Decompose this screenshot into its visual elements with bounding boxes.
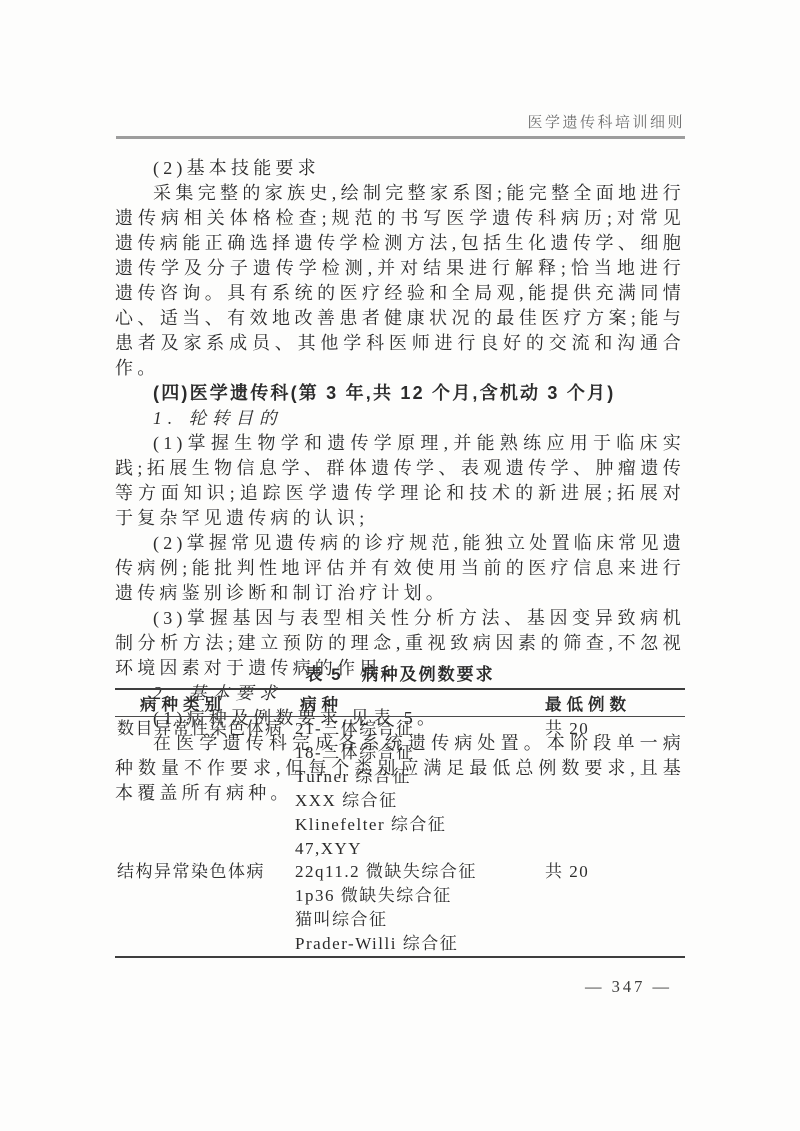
table-row: 18-三体综合征	[115, 741, 685, 765]
category-cell	[115, 908, 295, 932]
disease-cell: 猫叫综合征	[295, 908, 530, 932]
category-cell	[115, 741, 295, 765]
table-row: 1p36 微缺失综合征	[115, 884, 685, 908]
rotation-paragraph-1: (1)掌握生物学和遗传学原理,并能熟练应用于临床实践;拓展生物信息学、群体遗传学…	[115, 431, 685, 531]
rotation-purpose-heading: 1. 轮转目的	[115, 406, 685, 431]
disease-cell: 1p36 微缺失综合征	[295, 884, 530, 908]
table-title: 表 5 病种及例数要求	[115, 662, 685, 688]
category-cell	[115, 884, 295, 908]
table-header-category: 病种类别	[115, 689, 295, 717]
cases-table-section: 表 5 病种及例数要求 病种类别 病种 最低例数 数目异常性染色体病21-三体综…	[115, 662, 685, 958]
min-cases-cell: 共 20	[530, 860, 685, 884]
category-cell	[115, 789, 295, 813]
disease-cell: Klinefelter 综合征	[295, 813, 530, 837]
min-cases-cell	[530, 908, 685, 932]
category-cell: 结构异常染色体病	[115, 860, 295, 884]
rotation-paragraph-2: (2)掌握常见遗传病的诊疗规范,能独立处置临床常见遗传病例;能批判性地评估并有效…	[115, 531, 685, 606]
min-cases-cell	[530, 741, 685, 765]
table-row: Turner 综合征	[115, 765, 685, 789]
page-number: — 347 —	[115, 977, 685, 997]
table-header-disease: 病种	[295, 689, 530, 717]
category-cell	[115, 765, 295, 789]
section4-heading: (四)医学遗传科(第 3 年,共 12 个月,含机动 3 个月)	[115, 381, 685, 406]
min-cases-cell	[530, 837, 685, 861]
document-page: 医学遗传科培训细则 (2)基本技能要求 采集完整的家族史,绘制完整家系图;能完整…	[0, 0, 800, 1131]
min-cases-cell: 共 20	[530, 717, 685, 741]
table-row: 数目异常性染色体病21-三体综合征共 20	[115, 717, 685, 741]
disease-cell: 21-三体综合征	[295, 717, 530, 741]
table-row: 结构异常染色体病22q11.2 微缺失综合征共 20	[115, 860, 685, 884]
category-cell	[115, 813, 295, 837]
disease-cell: Turner 综合征	[295, 765, 530, 789]
table-header-min-cases: 最低例数	[530, 689, 685, 717]
table-row: 47,XYY	[115, 837, 685, 861]
min-cases-cell	[530, 765, 685, 789]
table-row: 猫叫综合征	[115, 908, 685, 932]
table-row: XXX 综合征	[115, 789, 685, 813]
category-cell	[115, 932, 295, 957]
min-cases-cell	[530, 813, 685, 837]
disease-cell: Prader-Willi 综合征	[295, 932, 530, 957]
min-cases-cell	[530, 884, 685, 908]
min-cases-cell	[530, 789, 685, 813]
item2-body-paragraph: 采集完整的家族史,绘制完整家系图;能完整全面地进行遗传病相关体格检查;规范的书写…	[115, 181, 685, 381]
running-header-title: 医学遗传科培训细则	[115, 111, 685, 132]
running-header-rule	[116, 136, 685, 139]
cases-table: 病种类别 病种 最低例数 数目异常性染色体病21-三体综合征共 2018-三体综…	[115, 688, 685, 958]
min-cases-cell	[530, 932, 685, 957]
disease-cell: 18-三体综合征	[295, 741, 530, 765]
disease-cell: 47,XYY	[295, 837, 530, 861]
disease-cell: XXX 综合征	[295, 789, 530, 813]
disease-cell: 22q11.2 微缺失综合征	[295, 860, 530, 884]
table-body: 数目异常性染色体病21-三体综合征共 2018-三体综合征Turner 综合征X…	[115, 717, 685, 958]
table-row: Prader-Willi 综合征	[115, 932, 685, 957]
table-header-row: 病种类别 病种 最低例数	[115, 689, 685, 717]
item2-heading: (2)基本技能要求	[115, 156, 685, 181]
table-row: Klinefelter 综合征	[115, 813, 685, 837]
category-cell	[115, 837, 295, 861]
category-cell: 数目异常性染色体病	[115, 717, 295, 741]
